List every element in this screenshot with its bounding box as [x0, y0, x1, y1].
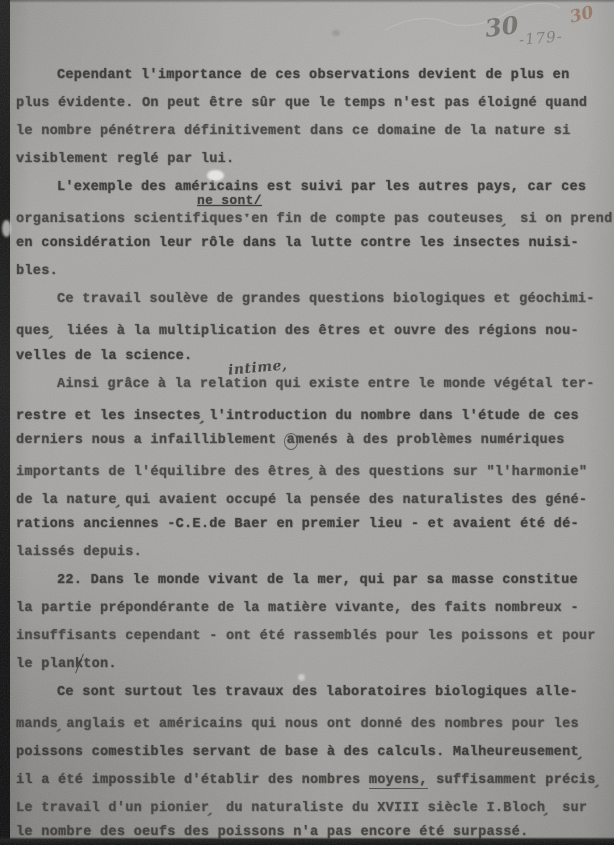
- typed-text-segment: de la nature: [16, 493, 117, 508]
- typed-text-segment: Cependant l'importance de ces observatio…: [57, 68, 569, 83]
- typed-text-segment: du naturaliste du XVIII siècle I.Bloch: [218, 801, 546, 816]
- underlined-word: moyens,: [369, 773, 428, 789]
- typed-line: L'exemple des américains est suivi par l…: [16, 180, 586, 195]
- typed-text-segment: L'exemple des américains est suivi par l…: [57, 180, 586, 195]
- paper-speck: [2, 220, 11, 237]
- handwritten-insertion-intime: intime,: [227, 357, 288, 378]
- typed-text-segment: à des questions sur "l'harmonie": [318, 465, 587, 480]
- typed-line: le plankton.: [16, 657, 117, 672]
- typed-text-segment: rations anciennes -C.E.de Baer en premie…: [16, 517, 579, 532]
- typed-line: ques, liées à la multiplication des être…: [16, 320, 579, 339]
- typed-text-segment: qui avaient occupé la pensée des natural…: [125, 493, 587, 508]
- typed-text-segment: importants de l'équilibre des êtres: [16, 465, 310, 480]
- typed-line: mands,anglais et américains qui nous ont…: [16, 713, 579, 732]
- typed-line: Cependant l'importance de ces observatio…: [16, 68, 569, 83]
- paper-speck: [207, 170, 224, 181]
- typed-insertion-ne-sont: ne sont/: [197, 193, 262, 208]
- typed-text-segment: mands: [16, 717, 58, 732]
- typed-text-segment: sur: [554, 801, 588, 816]
- typed-text-segment: velles de la science.: [16, 349, 192, 364]
- typed-line: plus évidente. On peut être sûr que le t…: [16, 96, 587, 111]
- typed-text-segment: anglais et américains qui nous ont donné…: [66, 717, 578, 732]
- typed-line: Ce travail soulève de grandes questions …: [16, 292, 595, 307]
- page-number-pencil-center: -179-: [518, 27, 563, 49]
- film-edge-bottom: [0, 837, 614, 845]
- typed-text-segment: 22. Dans le monde vivant de la mer, qui …: [57, 573, 578, 588]
- typed-line: derniers nous a infailliblement amenés à…: [16, 433, 565, 450]
- typed-line: poissons comestibles servant de base à d…: [16, 741, 587, 760]
- typed-text-segment: Le travail d'un pionier: [16, 801, 209, 816]
- typed-line: la partie prépondérante de la matière vi…: [16, 601, 579, 616]
- typed-text-segment: ton.: [83, 657, 117, 672]
- paper-speck: [298, 674, 305, 681]
- typed-text-segment: menés à des problèmes numériques: [296, 433, 565, 448]
- typed-text-segment: restre et les insectes: [16, 409, 201, 424]
- typed-line: laissés depuis.: [16, 545, 142, 560]
- typed-text-segment: visiblement reglé par lui.: [16, 152, 234, 167]
- typed-text-segment: plus évidente. On peut être sûr que le t…: [16, 96, 587, 111]
- typed-line: Le travail d'un pionier, du naturaliste …: [16, 797, 587, 816]
- typed-text-segment: poissons comestibles servant de base à d…: [16, 745, 579, 760]
- typed-text-segment: si on prend: [512, 212, 613, 227]
- scanned-typescript-page: 30 -179- 30 ne sont/ intime, Cependant l…: [0, 0, 614, 845]
- typed-line: restre et les insectes,l'introduction du…: [16, 405, 579, 424]
- typed-text-segment: Ce travail soulève de grandes questions …: [57, 292, 595, 307]
- film-edge-top: [0, 0, 614, 3]
- typed-line: le nombre pénétrera définitivement dans …: [16, 124, 571, 139]
- typed-text-segment: Ainsi grâce à la relation qui existe ent…: [57, 377, 595, 392]
- typed-text-segment: ques: [16, 324, 50, 339]
- typed-line: velles de la science.: [16, 349, 192, 364]
- caret-insertion-mark: ▾: [243, 211, 251, 221]
- typed-text-segment: le nombre pénétrera définitivement dans …: [16, 124, 571, 139]
- typed-line: insuffisants cependant - ont été rassemb…: [16, 629, 596, 644]
- typed-text-segment: l'introduction du nombre dans l'étude de…: [209, 409, 579, 424]
- typed-text-segment: Ce sont surtout les travaux des laborato…: [57, 685, 578, 700]
- typed-line: en considération leur rôle dans la lutte…: [16, 236, 579, 251]
- strikethrough-correction: k: [75, 657, 83, 672]
- typed-text-segment: liées à la multiplication des êtres et o…: [58, 324, 579, 339]
- typed-line: 22. Dans le monde vivant de la mer, qui …: [16, 573, 578, 588]
- typed-line: importants de l'équilibre des êtres,à de…: [16, 461, 587, 480]
- typed-text-segment: organisations scientifiques: [16, 212, 243, 227]
- typed-line: Ainsi grâce à la relation qui existe ent…: [16, 377, 595, 392]
- paper-smudge: [332, 30, 340, 36]
- typed-text-segment: en considération leur rôle dans la lutte…: [16, 236, 579, 251]
- typed-line: rations anciennes -C.E.de Baer en premie…: [16, 517, 579, 532]
- typed-text-segment: derniers nous a infailliblement: [16, 433, 285, 448]
- typed-line: organisations scientifiques▾en fin de co…: [16, 208, 613, 227]
- typed-text-segment: bles.: [16, 264, 58, 279]
- typed-text-segment: il a été impossible d'établir des nombre…: [16, 773, 369, 788]
- page-number-pencil-left: 30: [483, 10, 520, 43]
- typed-text-segment: insuffisants cependant - ont été rassemb…: [16, 629, 596, 644]
- typed-text-segment: la partie prépondérante de la matière vi…: [16, 601, 579, 616]
- typed-text-segment: laissés depuis.: [16, 545, 142, 560]
- typed-line: Ce sont surtout les travaux des laborato…: [16, 685, 578, 700]
- typed-text-segment: en fin de compte pas couteuses: [251, 212, 503, 227]
- typed-text-segment: suffisamment précis: [428, 773, 596, 788]
- typed-text-segment: le plan: [16, 657, 75, 672]
- typed-line: de la nature,qui avaient occupé la pensé…: [16, 489, 587, 508]
- typed-line: il a été impossible d'établir des nombre…: [16, 769, 604, 788]
- typed-line: bles.: [16, 264, 58, 279]
- typed-line: visiblement reglé par lui.: [16, 152, 234, 167]
- film-edge-left: [0, 0, 10, 845]
